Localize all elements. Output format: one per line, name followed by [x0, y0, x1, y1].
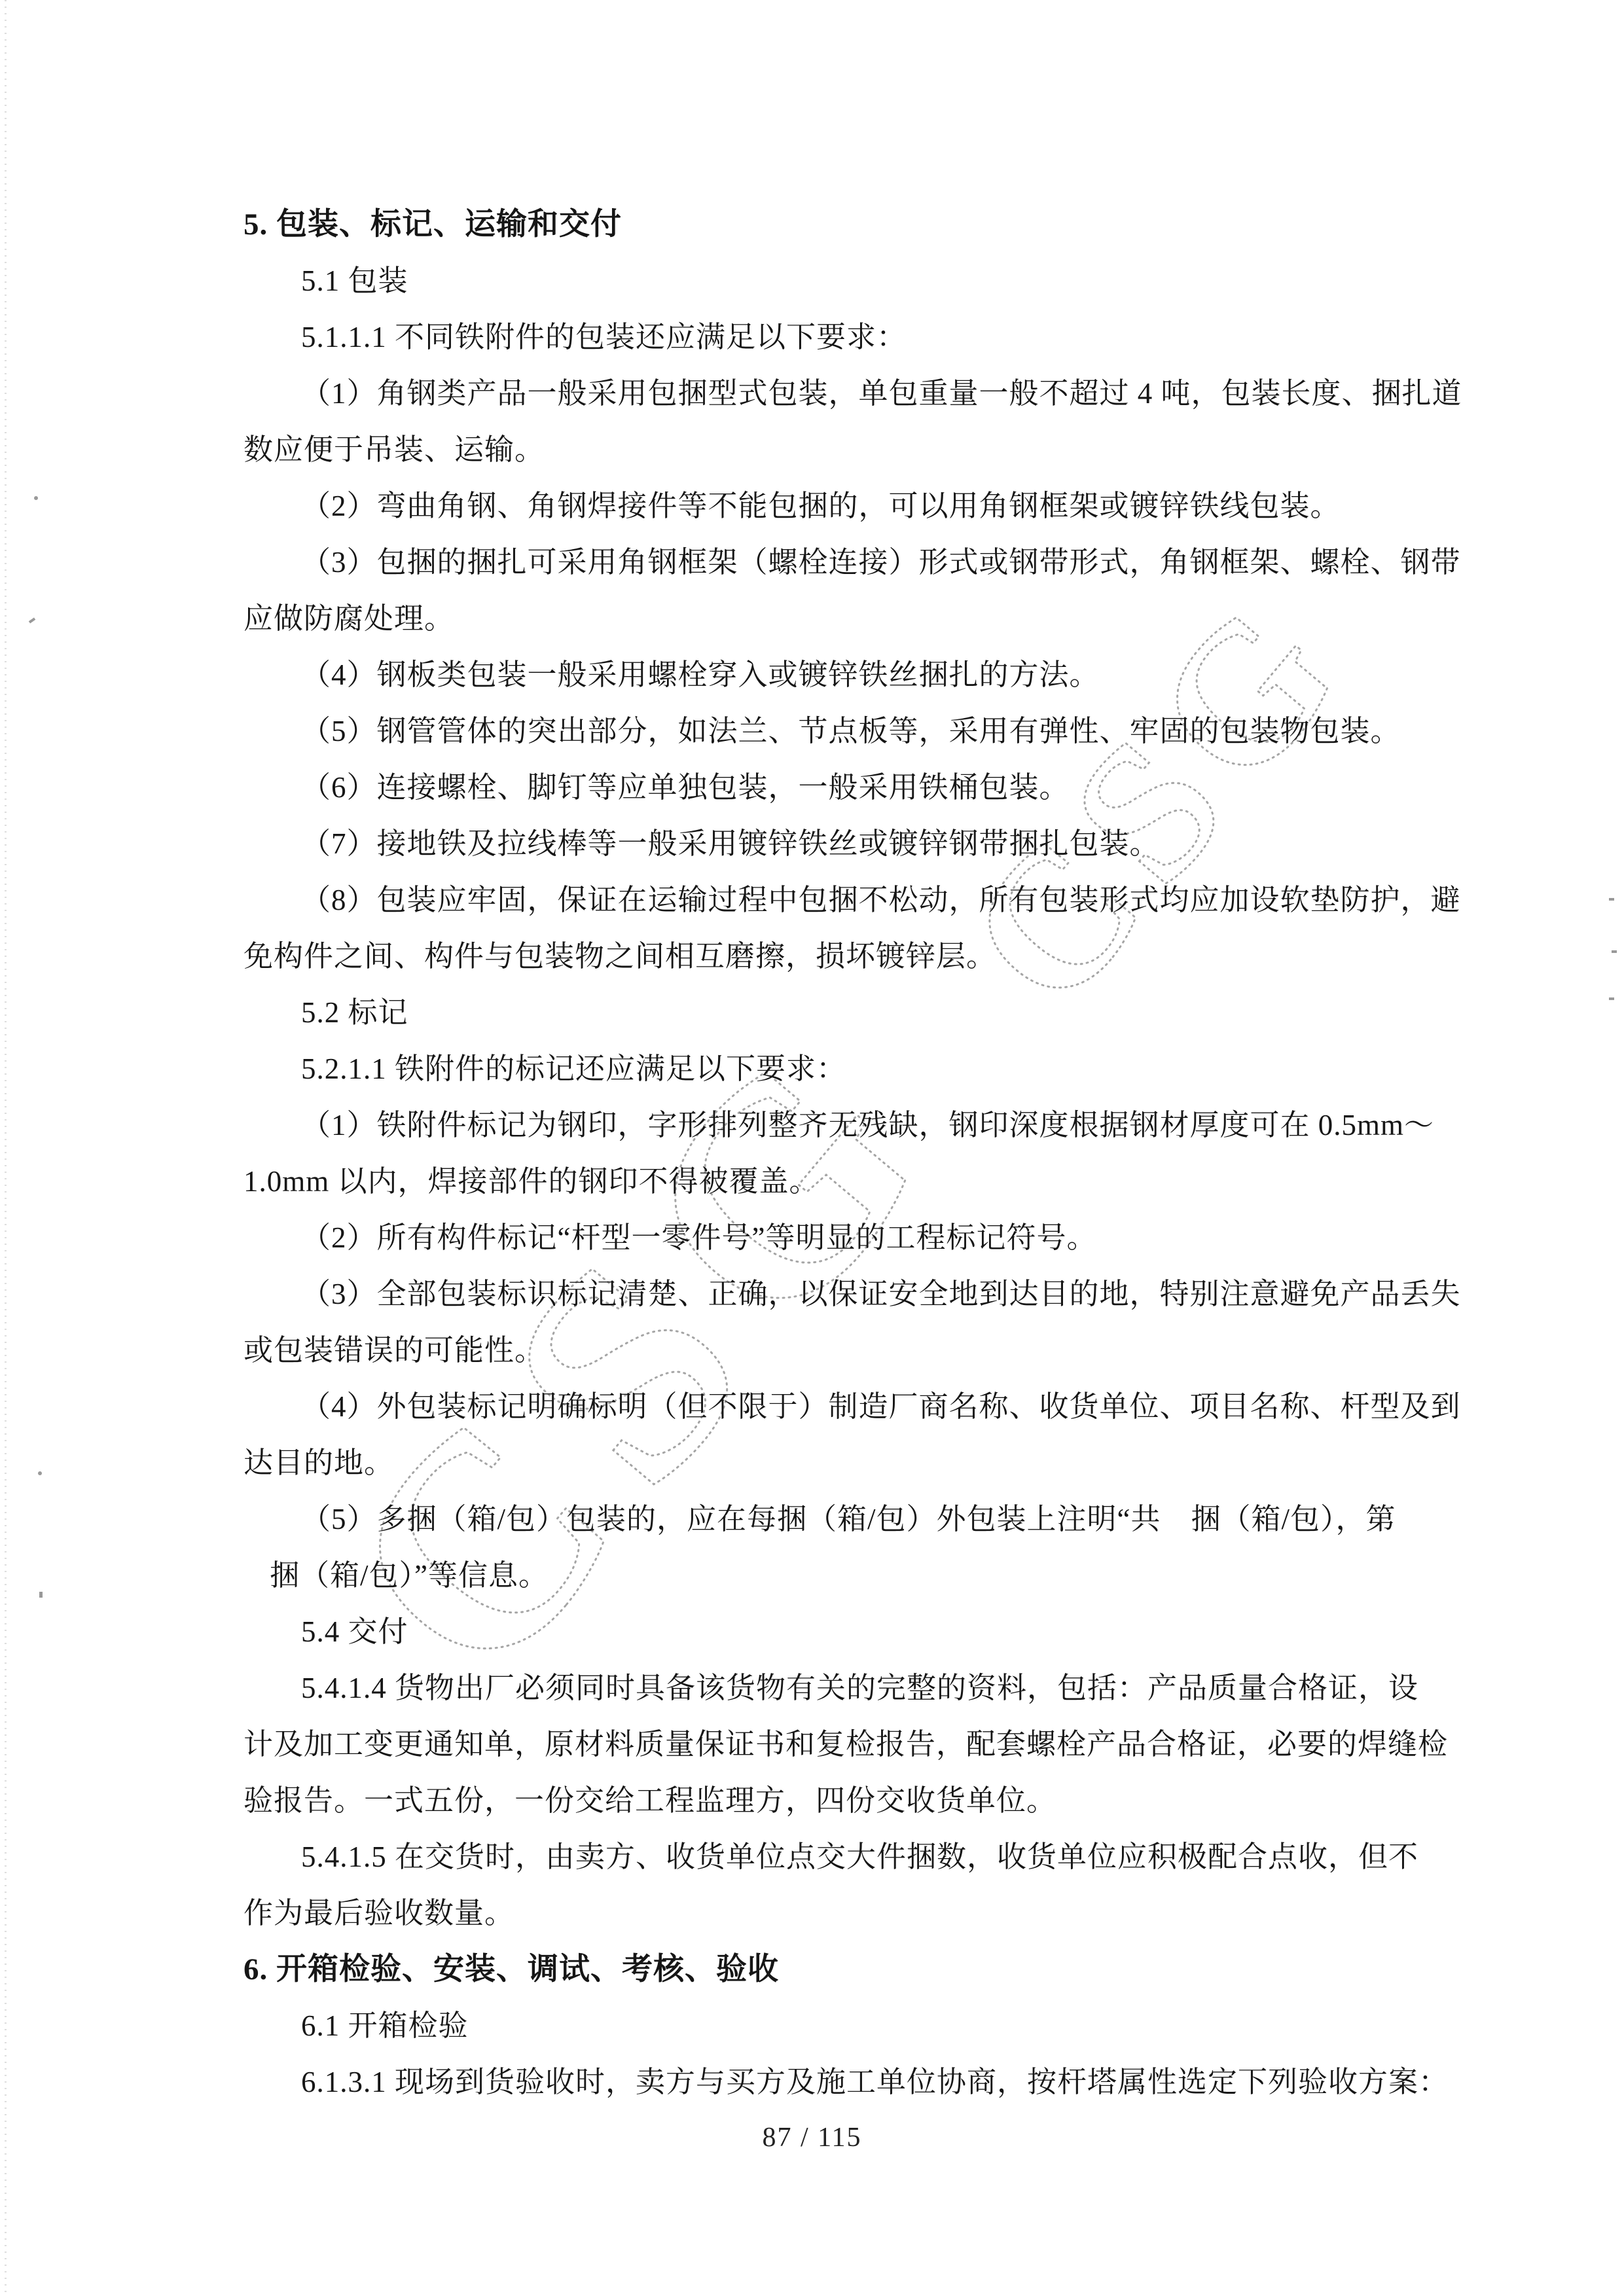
subsection-heading: 6.1 开箱检验 — [244, 1998, 1521, 2054]
scan-speck — [34, 496, 38, 500]
scan-speck — [1609, 997, 1614, 1000]
section-heading: 5. 包装、标记、运输和交付 — [244, 196, 1521, 253]
text-line: （5）钢管管体的突出部分，如法兰、节点板等，采用有弹性、牢固的包装物包装。 — [244, 703, 1521, 759]
text-line: 作为最后验收数量。 — [244, 1885, 1521, 1941]
text-line: 5.4.1.5 在交货时，由卖方、收货单位点交大件捆数，收货单位应积极配合点收，… — [244, 1829, 1521, 1885]
clause-heading: 5.2.1.1 铁附件的标记还应满足以下要求： — [244, 1041, 1521, 1097]
scan-speck — [1612, 950, 1617, 953]
page-number: 87 / 115 — [0, 2122, 1624, 2153]
section-heading: 6. 开箱检验、安装、调试、考核、验收 — [244, 1941, 1521, 1998]
subsection-heading: 5.1 包装 — [244, 253, 1521, 309]
text-line: （2）所有构件标记“杆型一零件号”等明显的工程标记符号。 — [244, 1210, 1521, 1266]
text-line: （1）铁附件标记为钢印，字形排列整齐无残缺，钢印深度根据钢材厚度可在 0.5mm… — [244, 1097, 1521, 1153]
scan-speck — [1609, 898, 1614, 901]
text-line: 捆（箱/包）”等信息。 — [244, 1547, 1521, 1604]
text-line: 免构件之间、构件与包装物之间相互磨擦，损坏镀锌层。 — [244, 928, 1521, 984]
clause-heading: 6.1.3.1 现场到货验收时，卖方与买方及施工单位协商，按杆塔属性选定下列验收… — [244, 2054, 1521, 2110]
subsection-heading: 5.4 交付 — [244, 1604, 1521, 1660]
text-line: （7）接地铁及拉线棒等一般采用镀锌铁丝或镀锌钢带捆扎包装。 — [244, 816, 1521, 872]
text-line: 应做防腐处理。 — [244, 590, 1521, 647]
scan-speck — [29, 617, 35, 623]
clause-heading: 5.1.1.1 不同铁附件的包装还应满足以下要求： — [244, 309, 1521, 365]
text-line: （3）全部包装标识标记清楚、正确，以保证安全地到达目的地，特别注意避免产品丢失 — [244, 1266, 1521, 1322]
text-line: （6）连接螺栓、脚钉等应单独包装，一般采用铁桶包装。 — [244, 759, 1521, 816]
scan-speck — [38, 1471, 42, 1475]
scan-edge-artifact — [5, 0, 7, 2296]
text-line: 1.0mm 以内，焊接部件的钢印不得被覆盖。 — [244, 1153, 1521, 1210]
text-line: （4）外包装标记明确标明（但不限于）制造厂商名称、收货单位、项目名称、杆型及到 — [244, 1378, 1521, 1435]
scan-speck — [39, 1592, 43, 1598]
text-line: （5）多捆（箱/包）包装的，应在每捆（箱/包）外包装上注明“共 捆（箱/包），第 — [244, 1491, 1521, 1547]
scanned-document-page: CSG CSG 5. 包装、标记、运输和交付 5.1 包装 5.1.1.1 不同… — [0, 0, 1624, 2296]
text-line: 5.4.1.4 货物出厂必须同时具备该货物有关的完整的资料，包括：产品质量合格证… — [244, 1660, 1521, 1716]
text-line: 数应便于吊装、运输。 — [244, 422, 1521, 478]
text-line: （2）弯曲角钢、角钢焊接件等不能包捆的，可以用角钢框架或镀锌铁线包装。 — [244, 478, 1521, 534]
text-line: （4）钢板类包装一般采用螺栓穿入或镀锌铁丝捆扎的方法。 — [244, 647, 1521, 703]
text-line: （1）角钢类产品一般采用包捆型式包装，单包重量一般不超过 4 吨，包装长度、捆扎… — [244, 365, 1521, 422]
text-line: （8）包装应牢固，保证在运输过程中包捆不松动，所有包装形式均应加设软垫防护，避 — [244, 872, 1521, 928]
document-body: 5. 包装、标记、运输和交付 5.1 包装 5.1.1.1 不同铁附件的包装还应… — [244, 196, 1521, 2110]
subsection-heading: 5.2 标记 — [244, 984, 1521, 1041]
text-line: 验报告。一式五份，一份交给工程监理方，四份交收货单位。 — [244, 1772, 1521, 1829]
text-line: 达目的地。 — [244, 1435, 1521, 1491]
text-line: （3）包捆的捆扎可采用角钢框架（螺栓连接）形式或钢带形式，角钢框架、螺栓、钢带 — [244, 534, 1521, 590]
text-line: 或包装错误的可能性。 — [244, 1322, 1521, 1378]
text-line: 计及加工变更通知单，原材料质量保证书和复检报告，配套螺栓产品合格证，必要的焊缝检 — [244, 1716, 1521, 1772]
